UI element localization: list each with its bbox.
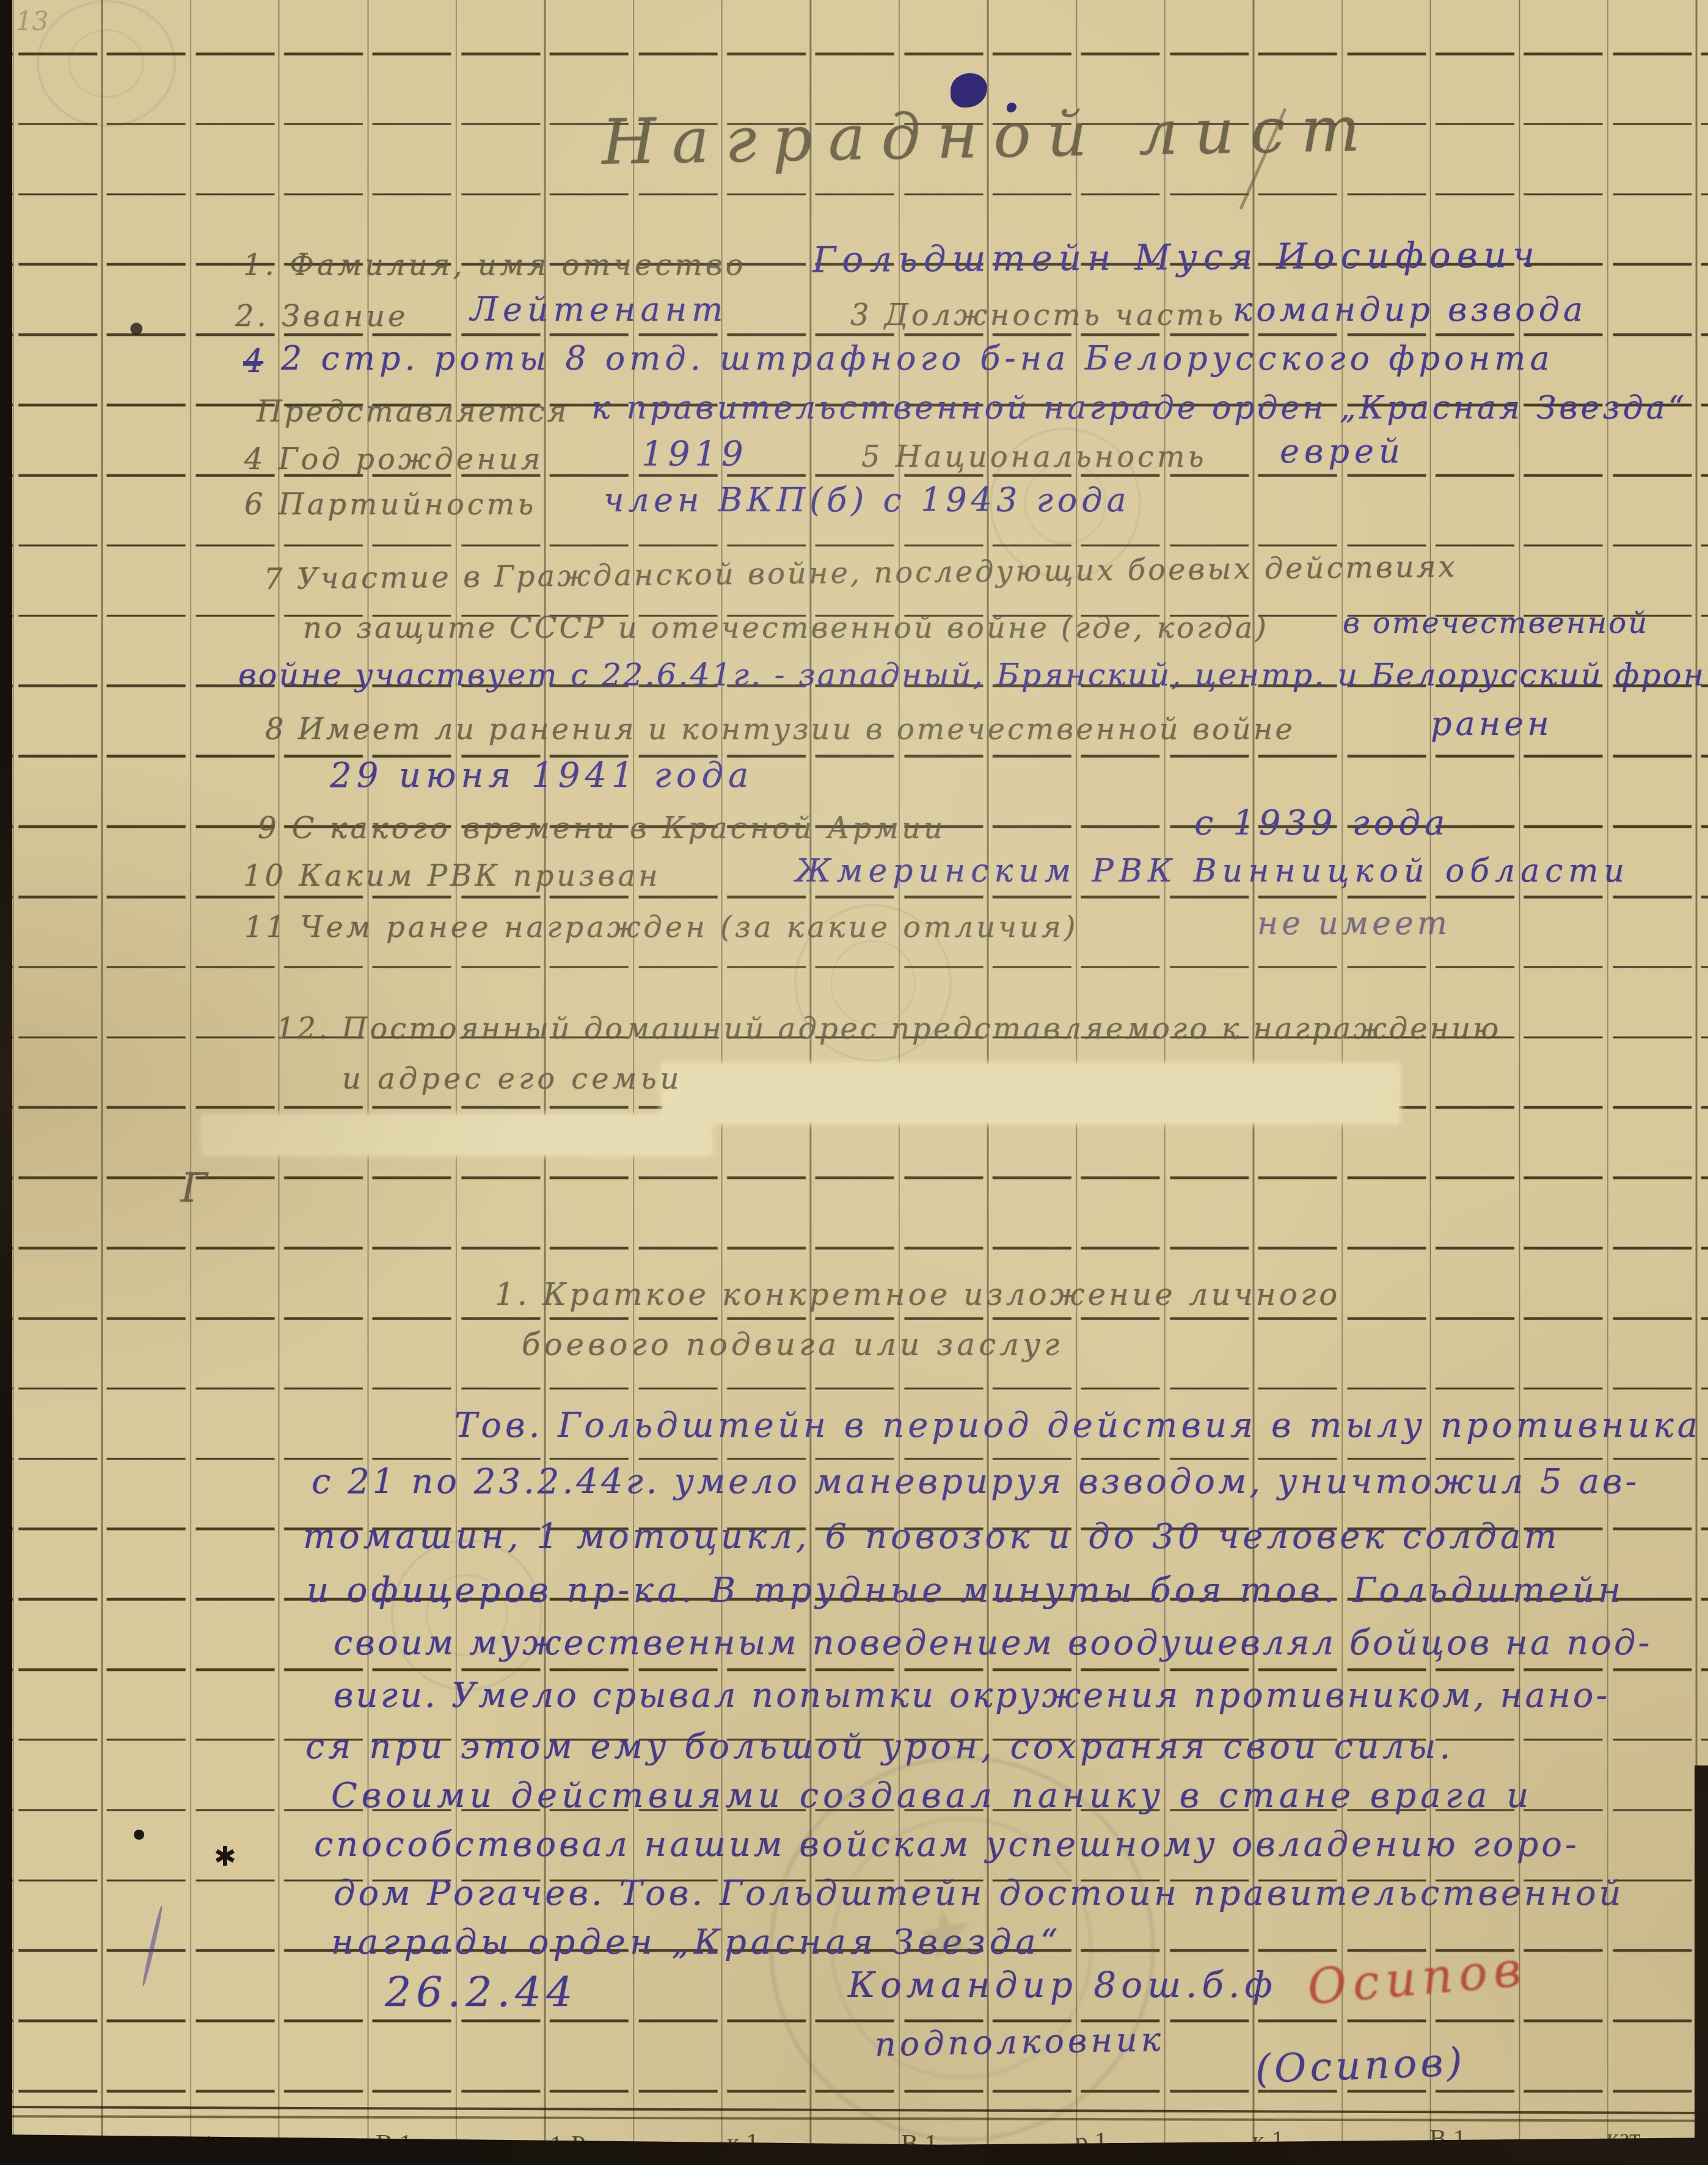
field-party-label: 6 Партийность	[244, 490, 536, 519]
scan-edge-right	[1695, 1765, 1708, 2165]
field-birthyear-value: 1919	[641, 437, 748, 472]
field-war-value-2: войне участвует с 22.6.41г. - западный, …	[238, 660, 1708, 691]
field-birthyear-label: 4 Год рождения	[244, 445, 543, 474]
field-address-label-2: и адрес его семьи	[342, 1064, 682, 1093]
field-war-label-2: по защите СССР и отечественной войне (гд…	[303, 613, 1269, 643]
field-name-label: 1. Фамилия, имя отчество	[243, 250, 746, 280]
award-sheet-scan: 13 Наградной лист 1. Фамилия, имя отчест…	[0, 0, 1708, 2165]
field-position-value: командир взвода	[1233, 293, 1586, 326]
field-prev-awards-label: 11 Чем ранее награжден (за какие отличия…	[244, 913, 1079, 942]
feat-line: дом Рогачев. Тов. Гольдштейн достоин пра…	[334, 1877, 1624, 1911]
scan-edge-left	[0, 0, 12, 2165]
signature-name: (Осипов)	[1255, 2043, 1466, 2089]
field-war-value-1: в отечественной	[1343, 608, 1649, 638]
feat-line: с 21 по 23.2.44г. умело маневрируя взвод…	[312, 1465, 1640, 1499]
section-mark: Г	[181, 1168, 208, 1208]
field-unit-value: 2 стр. роты 8 отд. штрафного б-на Белору…	[281, 342, 1554, 375]
feat-line: томашин, 1 мотоцикл, 6 повозок и до 30 ч…	[303, 1520, 1560, 1554]
field-address-label-1: 12. Постоянный домашний адрес представля…	[276, 1014, 1501, 1043]
ink-blot-mark: ●	[130, 320, 144, 336]
field-rank-value: Лейтенант	[470, 293, 728, 326]
field-nationality-label: 5 Национальность	[861, 442, 1207, 472]
field-army-since-label: 9 С какого времени в Красной Армии	[258, 814, 946, 843]
redaction-box-family-address	[203, 1115, 711, 1155]
field-nationality-value: еврей	[1280, 435, 1405, 468]
commander-title: Командир 8ош.б.ф	[848, 1967, 1277, 2003]
field-rank-label: 2. Звание	[235, 302, 408, 331]
ink-star-mark: ✱	[214, 1844, 236, 1871]
presented-value: к правительственной награде орден „Красн…	[591, 392, 1687, 424]
feat-line: и офицеров пр-ка. В трудные минуты боя т…	[307, 1574, 1624, 1608]
feat-line: своим мужественным поведением воодушевля…	[334, 1626, 1652, 1660]
corner-note: 13	[16, 9, 48, 34]
field-rvk-value: Жмеринским РВК Винницкой области	[795, 855, 1630, 887]
presented-label: Представляется	[257, 397, 569, 426]
commander-rank: подполковник	[875, 2023, 1165, 2061]
field-rvk-label: 10 Каким РВК призван	[243, 861, 661, 891]
feat-line: Тов. Гольдштейн в период действия в тылу…	[454, 1409, 1701, 1443]
feat-header-1: 1. Краткое конкретное изложение личного	[495, 1279, 1340, 1310]
field-wounds-value-1: ранен	[1431, 707, 1553, 740]
signing-date: 26.2.44	[385, 1972, 578, 2013]
crossed-number: 4	[243, 346, 263, 378]
field-wounds-label: 8 Имеет ли ранения и контузии в отечеств…	[265, 715, 1295, 744]
field-position-label: 3 Должность часть	[850, 301, 1226, 330]
redaction-box-address	[663, 1064, 1399, 1123]
field-army-since-value: с 1939 года	[1194, 806, 1449, 841]
field-party-value: член ВКП(б) с 1943 года	[604, 484, 1131, 517]
field-name-value: Гольдштейн Муся Иосифович	[812, 237, 1541, 277]
field-wounds-value-2: 29 июня 1941 года	[330, 759, 753, 793]
feat-line: Своими действиями создавал панику в стан…	[331, 1779, 1533, 1813]
ink-dot-mark: ●	[133, 1828, 145, 1841]
feat-line: способствовал нашим войскам успешному ов…	[314, 1828, 1580, 1862]
field-prev-awards-value: не имеет	[1257, 908, 1451, 940]
feat-header-2: боевого подвига или заслуг	[522, 1329, 1063, 1360]
feat-line: виги. Умело срывал попытки окружения про…	[334, 1679, 1610, 1713]
feat-line: ся при этом ему большой урон, сохраняя с…	[305, 1730, 1454, 1764]
